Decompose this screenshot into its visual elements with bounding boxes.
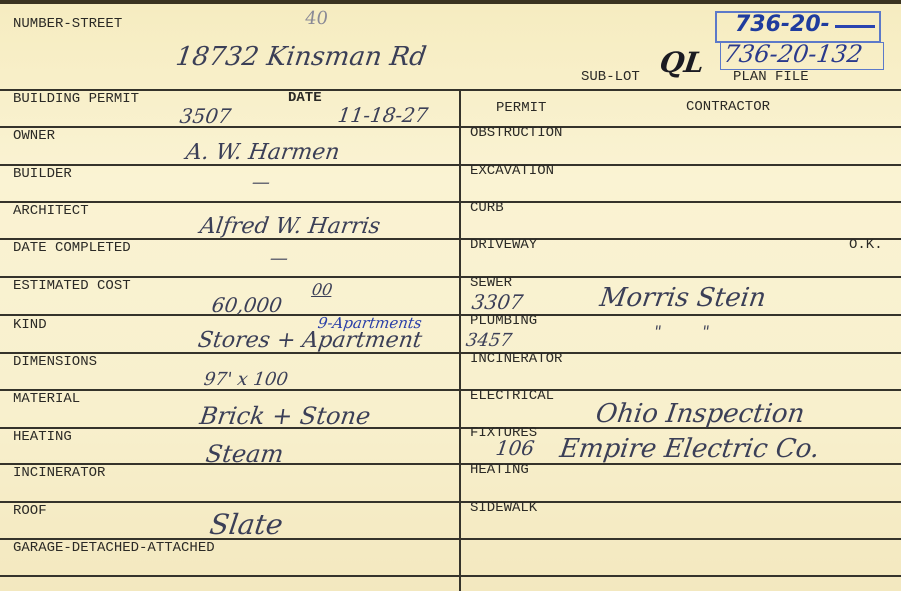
- plumbing-permit-value: 3457: [465, 330, 514, 351]
- strikethrough-mark: [835, 25, 875, 28]
- curb-label: CURB: [470, 200, 504, 216]
- plumbing-label: PLUMBING: [470, 313, 537, 329]
- kind-annotation: 9-Apartments: [317, 314, 423, 332]
- electrical-contractor-value: Ohio Inspection: [594, 399, 807, 429]
- row-rule: [0, 389, 901, 391]
- row-rule: [0, 501, 901, 503]
- row-rule: [0, 238, 901, 240]
- sewer-permit-value: 3307: [470, 290, 524, 314]
- driveway-label: DRIVEWAY: [470, 237, 537, 253]
- contractor-column-header: CONTRACTOR: [686, 99, 770, 115]
- heating-permit-label: HEATING: [470, 462, 529, 478]
- heating-label: HEATING: [13, 429, 72, 445]
- sub-number: 40: [304, 8, 330, 29]
- fixtures-permit-value: 106: [494, 436, 536, 460]
- row-rule: [0, 276, 901, 278]
- material-value: Brick + Stone: [198, 402, 372, 430]
- building-permit-value: 3507: [178, 104, 232, 128]
- plumbing-contractor-value: " ": [653, 322, 711, 341]
- plan-file-stamp-old: 736-20-: [735, 12, 830, 37]
- sub-lot-label: SUB-LOT: [581, 69, 640, 85]
- sewer-contractor-value: Morris Stein: [598, 283, 768, 313]
- architect-value: Alfred W. Harris: [198, 214, 382, 239]
- incinerator-label: INCINERATOR: [13, 465, 105, 481]
- street-value: 18732 Kinsman Rd: [174, 42, 428, 72]
- date-label: DATE: [288, 90, 322, 106]
- fixtures-contractor-value: Empire Electric Co.: [558, 434, 822, 464]
- heating-value: Steam: [204, 440, 285, 468]
- builder-label: BUILDER: [13, 166, 72, 182]
- driveway-note: O.K.: [849, 237, 883, 253]
- owner-value: A. W. Harmen: [184, 140, 341, 165]
- row-rule: [0, 126, 901, 128]
- building-permit-card: NUMBER-STREET 18732 Kinsman Rd 40 SUB-LO…: [0, 0, 901, 591]
- owner-label: OWNER: [13, 128, 55, 144]
- permit-date-value: 11-18-27: [336, 103, 429, 127]
- building-permit-label: BUILDING PERMIT: [13, 91, 139, 107]
- card-top-edge: [0, 0, 901, 4]
- plan-file-label: PLAN FILE: [733, 69, 809, 85]
- row-rule: [0, 164, 901, 166]
- garage-label: GARAGE-DETACHED-ATTACHED: [13, 540, 215, 556]
- row-rule: [0, 314, 901, 316]
- number-street-label: NUMBER-STREET: [13, 16, 122, 32]
- dimensions-label: DIMENSIONS: [13, 354, 97, 370]
- builder-value: —: [251, 172, 272, 193]
- sewer-label: SEWER: [470, 275, 512, 291]
- row-rule: [0, 352, 901, 354]
- incinerator-permit-label: INCINERATOR: [470, 351, 562, 367]
- sidewalk-label: SIDEWALK: [470, 500, 537, 516]
- row-rule: [0, 575, 901, 577]
- row-rule: [0, 201, 901, 203]
- material-label: MATERIAL: [13, 391, 80, 407]
- roof-label: ROOF: [13, 503, 47, 519]
- roof-value: Slate: [208, 508, 285, 541]
- permit-column-header: PERMIT: [496, 100, 546, 116]
- estimated-cost-cents: 00: [311, 280, 334, 299]
- excavation-label: EXCAVATION: [470, 163, 554, 179]
- architect-label: ARCHITECT: [13, 203, 89, 219]
- estimated-cost-label: ESTIMATED COST: [13, 278, 131, 294]
- obstruction-label: OBSTRUCTION: [470, 125, 562, 141]
- kind-label: KIND: [13, 317, 47, 333]
- sub-lot-value: QL: [658, 46, 707, 79]
- estimated-cost-value: 60,000: [210, 293, 283, 317]
- electrical-label: ELECTRICAL: [470, 388, 554, 404]
- date-completed-value: —: [269, 248, 290, 269]
- date-completed-label: DATE COMPLETED: [13, 240, 131, 256]
- dimensions-value: 97' x 100: [203, 369, 290, 390]
- plan-file-value: 736-20-132: [722, 40, 864, 68]
